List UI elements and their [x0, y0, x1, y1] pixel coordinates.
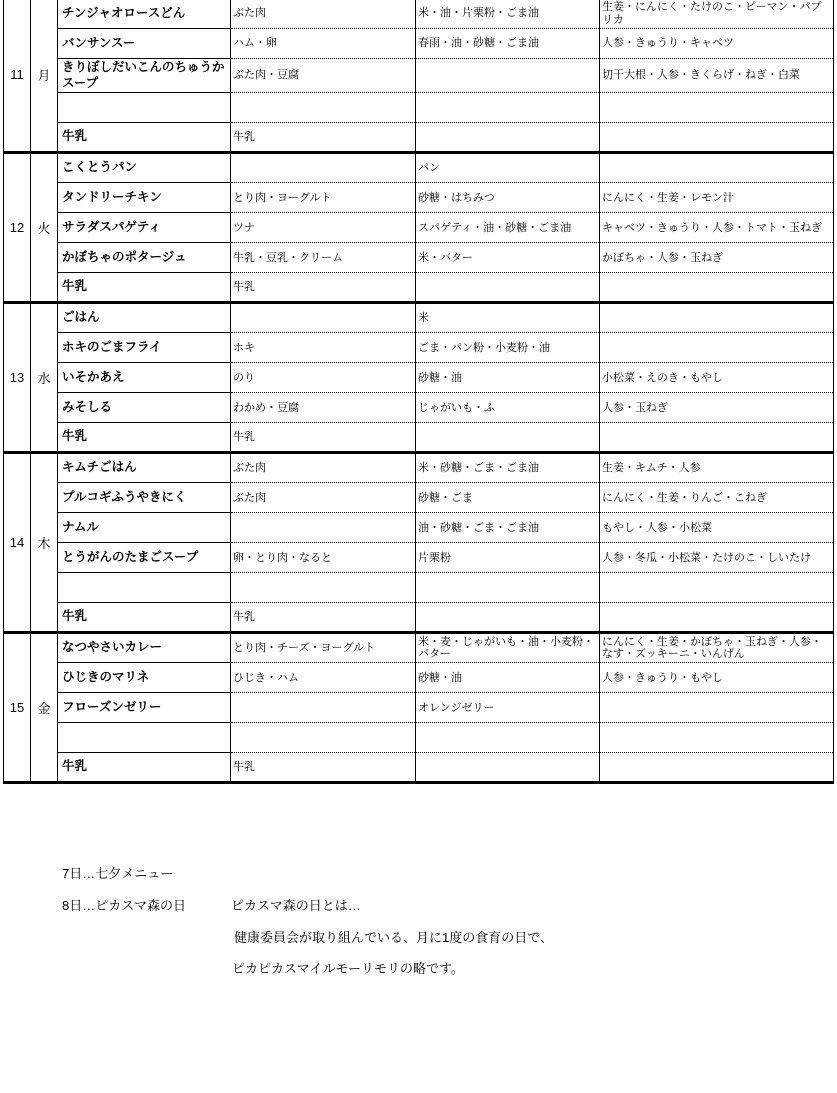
vegetable-ingredient-cell: 生姜・キムチ・人参: [600, 453, 834, 483]
energy-ingredient-cell: [416, 573, 600, 603]
energy-ingredient-cell: ごま・パン粉・小麦粉・油: [416, 333, 600, 363]
menu-row: 牛乳牛乳: [4, 123, 834, 153]
energy-ingredient-cell: [416, 273, 600, 303]
date-cell: 12: [4, 153, 31, 303]
vegetable-ingredient-cell: 人参・冬瓜・小松菜・たけのこ・しいたけ: [600, 543, 834, 573]
menu-row: フローズンゼリーオレンジゼリー: [4, 693, 834, 723]
main-ingredient-cell: 牛乳: [231, 603, 416, 633]
dish-name-cell: 牛乳: [58, 123, 231, 153]
menu-row: プルコギふうやきにくぶた肉砂糖・ごまにんにく・生姜・りんご・こねぎ: [4, 483, 834, 513]
energy-ingredient-cell: 春雨・油・砂糖・ごま油: [416, 29, 600, 59]
vegetable-ingredient-cell: 生姜・にんにく・たけのこ・ピーマン・パプリカ: [600, 0, 834, 29]
date-cell: 13: [4, 303, 31, 453]
menu-row: 牛乳牛乳: [4, 753, 834, 783]
main-ingredient-cell: [231, 723, 416, 753]
energy-ingredient-cell: 砂糖・ごま: [416, 483, 600, 513]
weekday-cell: 火: [31, 153, 58, 303]
vegetable-ingredient-cell: [600, 303, 834, 333]
main-ingredient-cell: ぶた肉: [231, 453, 416, 483]
vegetable-ingredient-cell: [600, 153, 834, 183]
energy-ingredient-cell: 米・バター: [416, 243, 600, 273]
lunch-menu-sheet: 11月チンジャオロースどんぶた肉米・油・片栗粉・ごま油生姜・にんにく・たけのこ・…: [0, 0, 837, 1093]
weekday-cell: 金: [31, 633, 58, 783]
main-ingredient-cell: ぶた肉・豆腐: [231, 59, 416, 93]
dish-name-cell: [58, 93, 231, 123]
dish-name-cell: 牛乳: [58, 753, 231, 783]
dish-name-cell: いそかあえ: [58, 363, 231, 393]
dish-name-cell: ひじきのマリネ: [58, 663, 231, 693]
menu-row: ホキのごまフライホキごま・パン粉・小麦粉・油: [4, 333, 834, 363]
menu-row: みそしるわかめ・豆腐じゃがいも・ふ人参・玉ねぎ: [4, 393, 834, 423]
vegetable-ingredient-cell: [600, 93, 834, 123]
main-ingredient-cell: 牛乳: [231, 123, 416, 153]
menu-row: ひじきのマリネひじき・ハム砂糖・油人参・きゅうり・もやし: [4, 663, 834, 693]
main-ingredient-cell: [231, 573, 416, 603]
note-pikasuma-desc2: ピカピカスマイルモーリモリの略です。: [232, 958, 464, 977]
main-ingredient-cell: [231, 303, 416, 333]
energy-ingredient-cell: 砂糖・はちみつ: [416, 183, 600, 213]
main-ingredient-cell: 牛乳: [231, 753, 416, 783]
note-pikasuma-desc2-text: ピカピカスマイルモーリモリの略です。: [232, 961, 464, 976]
energy-ingredient-cell: 米: [416, 303, 600, 333]
vegetable-ingredient-cell: [600, 333, 834, 363]
energy-ingredient-cell: [416, 603, 600, 633]
note-pikasuma-day: 8日…ピカスマ森の日ピカスマ森の日とは…: [62, 895, 361, 914]
menu-row: 13水ごはん米: [4, 303, 834, 333]
menu-row: [4, 723, 834, 753]
main-ingredient-cell: 卵・とり肉・なると: [231, 543, 416, 573]
main-ingredient-cell: とり肉・チーズ・ヨーグルト: [231, 633, 416, 663]
energy-ingredient-cell: じゃがいも・ふ: [416, 393, 600, 423]
energy-ingredient-cell: 油・砂糖・ごま・ごま油: [416, 513, 600, 543]
menu-row: サラダスパゲティツナスパゲティ・油・砂糖・ごま油キャベツ・きゅうり・人参・トマト…: [4, 213, 834, 243]
vegetable-ingredient-cell: にんにく・生姜・レモン汁: [600, 183, 834, 213]
main-ingredient-cell: 牛乳: [231, 273, 416, 303]
vegetable-ingredient-cell: [600, 693, 834, 723]
weekday-cell: 木: [31, 453, 58, 633]
dish-name-cell: バンサンスー: [58, 29, 231, 59]
date-cell: 11: [4, 0, 31, 153]
energy-ingredient-cell: パン: [416, 153, 600, 183]
vegetable-ingredient-cell: 人参・きゅうり・キャベツ: [600, 29, 834, 59]
menu-row: いそかあえのり砂糖・油小松菜・えのき・もやし: [4, 363, 834, 393]
dish-name-cell: フローズンゼリー: [58, 693, 231, 723]
date-cell: 15: [4, 633, 31, 783]
energy-ingredient-cell: 米・麦・じゃがいも・油・小麦粉・バター: [416, 633, 600, 663]
vegetable-ingredient-cell: かぼちゃ・人参・玉ねぎ: [600, 243, 834, 273]
dish-name-cell: 牛乳: [58, 423, 231, 453]
dish-name-cell: サラダスパゲティ: [58, 213, 231, 243]
energy-ingredient-cell: [416, 93, 600, 123]
vegetable-ingredient-cell: 人参・玉ねぎ: [600, 393, 834, 423]
menu-row: [4, 93, 834, 123]
menu-row: ナムル油・砂糖・ごま・ごま油もやし・人参・小松菜: [4, 513, 834, 543]
energy-ingredient-cell: [416, 753, 600, 783]
vegetable-ingredient-cell: [600, 723, 834, 753]
day-block-13: 13水ごはん米ホキのごまフライホキごま・パン粉・小麦粉・油いそかあえのり砂糖・油…: [4, 303, 834, 453]
dish-name-cell: [58, 723, 231, 753]
main-ingredient-cell: 牛乳: [231, 423, 416, 453]
main-ingredient-cell: ぶた肉: [231, 0, 416, 29]
dish-name-cell: みそしる: [58, 393, 231, 423]
menu-row: 11月チンジャオロースどんぶた肉米・油・片栗粉・ごま油生姜・にんにく・たけのこ・…: [4, 0, 834, 29]
menu-table: 11月チンジャオロースどんぶた肉米・油・片栗粉・ごま油生姜・にんにく・たけのこ・…: [3, 0, 834, 784]
energy-ingredient-cell: [416, 423, 600, 453]
main-ingredient-cell: のり: [231, 363, 416, 393]
dish-name-cell: かぼちゃのポタージュ: [58, 243, 231, 273]
weekday-cell: 水: [31, 303, 58, 453]
menu-row: 牛乳牛乳: [4, 273, 834, 303]
note-tanabata-text: 7日…七夕メニュー: [62, 866, 173, 881]
main-ingredient-cell: とり肉・ヨーグルト: [231, 183, 416, 213]
vegetable-ingredient-cell: もやし・人参・小松菜: [600, 513, 834, 543]
vegetable-ingredient-cell: [600, 603, 834, 633]
dish-name-cell: こくとうパン: [58, 153, 231, 183]
menu-row: 12火こくとうパンパン: [4, 153, 834, 183]
vegetable-ingredient-cell: 切干大根・人参・きくらげ・ねぎ・白菜: [600, 59, 834, 93]
menu-row: かぼちゃのポタージュ牛乳・豆乳・クリーム米・バターかぼちゃ・人参・玉ねぎ: [4, 243, 834, 273]
energy-ingredient-cell: 米・油・片栗粉・ごま油: [416, 0, 600, 29]
main-ingredient-cell: [231, 93, 416, 123]
main-ingredient-cell: [231, 513, 416, 543]
menu-row: バンサンスーハム・卵春雨・油・砂糖・ごま油人参・きゅうり・キャベツ: [4, 29, 834, 59]
menu-row: 15金なつやさいカレーとり肉・チーズ・ヨーグルト米・麦・じゃがいも・油・小麦粉・…: [4, 633, 834, 663]
note-pikasuma-day-text: 8日…ピカスマ森の日: [62, 895, 231, 914]
dish-name-cell: [58, 573, 231, 603]
energy-ingredient-cell: 砂糖・油: [416, 363, 600, 393]
menu-row: きりぼしだいこんのちゅうかスープぶた肉・豆腐切干大根・人参・きくらげ・ねぎ・白菜: [4, 59, 834, 93]
weekday-cell: 月: [31, 0, 58, 153]
dish-name-cell: ごはん: [58, 303, 231, 333]
energy-ingredient-cell: 片栗粉: [416, 543, 600, 573]
dish-name-cell: プルコギふうやきにく: [58, 483, 231, 513]
menu-row: 牛乳牛乳: [4, 423, 834, 453]
dish-name-cell: なつやさいカレー: [58, 633, 231, 663]
main-ingredient-cell: ホキ: [231, 333, 416, 363]
dish-name-cell: キムチごはん: [58, 453, 231, 483]
dish-name-cell: ホキのごまフライ: [58, 333, 231, 363]
vegetable-ingredient-cell: 小松菜・えのき・もやし: [600, 363, 834, 393]
energy-ingredient-cell: [416, 123, 600, 153]
vegetable-ingredient-cell: [600, 753, 834, 783]
day-block-12: 12火こくとうパンパンタンドリーチキンとり肉・ヨーグルト砂糖・はちみつにんにく・…: [4, 153, 834, 303]
vegetable-ingredient-cell: キャベツ・きゅうり・人参・トマト・玉ねぎ: [600, 213, 834, 243]
energy-ingredient-cell: 砂糖・油: [416, 663, 600, 693]
dish-name-cell: きりぼしだいこんのちゅうかスープ: [58, 59, 231, 93]
energy-ingredient-cell: オレンジゼリー: [416, 693, 600, 723]
menu-row: 牛乳牛乳: [4, 603, 834, 633]
note-pikasuma-title-text: ピカスマ森の日とは…: [231, 898, 361, 913]
vegetable-ingredient-cell: [600, 573, 834, 603]
main-ingredient-cell: ハム・卵: [231, 29, 416, 59]
main-ingredient-cell: ぶた肉: [231, 483, 416, 513]
dish-name-cell: タンドリーチキン: [58, 183, 231, 213]
menu-row: とうがんのたまごスープ卵・とり肉・なると片栗粉人参・冬瓜・小松菜・たけのこ・しい…: [4, 543, 834, 573]
vegetable-ingredient-cell: にんにく・生姜・りんご・こねぎ: [600, 483, 834, 513]
main-ingredient-cell: [231, 153, 416, 183]
note-pikasuma-desc1-text: 健康委員会が取り組んでいる、月に1度の食育の日で、: [234, 930, 553, 945]
energy-ingredient-cell: [416, 59, 600, 93]
menu-row: タンドリーチキンとり肉・ヨーグルト砂糖・はちみつにんにく・生姜・レモン汁: [4, 183, 834, 213]
energy-ingredient-cell: [416, 723, 600, 753]
menu-row: [4, 573, 834, 603]
note-pikasuma-desc1: 健康委員会が取り組んでいる、月に1度の食育の日で、: [234, 927, 553, 946]
dish-name-cell: ナムル: [58, 513, 231, 543]
dish-name-cell: とうがんのたまごスープ: [58, 543, 231, 573]
dish-name-cell: チンジャオロースどん: [58, 0, 231, 29]
dish-name-cell: 牛乳: [58, 273, 231, 303]
main-ingredient-cell: わかめ・豆腐: [231, 393, 416, 423]
vegetable-ingredient-cell: [600, 273, 834, 303]
main-ingredient-cell: ツナ: [231, 213, 416, 243]
menu-row: 14木キムチごはんぶた肉米・砂糖・ごま・ごま油生姜・キムチ・人参: [4, 453, 834, 483]
day-block-11: 11月チンジャオロースどんぶた肉米・油・片栗粉・ごま油生姜・にんにく・たけのこ・…: [4, 0, 834, 153]
vegetable-ingredient-cell: [600, 423, 834, 453]
vegetable-ingredient-cell: 人参・きゅうり・もやし: [600, 663, 834, 693]
day-block-14: 14木キムチごはんぶた肉米・砂糖・ごま・ごま油生姜・キムチ・人参プルコギふうやき…: [4, 453, 834, 633]
vegetable-ingredient-cell: にんにく・生姜・かぼちゃ・玉ねぎ・人参・なす・ズッキーニ・いんげん: [600, 633, 834, 663]
vegetable-ingredient-cell: [600, 123, 834, 153]
note-tanabata: 7日…七夕メニュー: [62, 863, 173, 882]
main-ingredient-cell: [231, 693, 416, 723]
day-block-15: 15金なつやさいカレーとり肉・チーズ・ヨーグルト米・麦・じゃがいも・油・小麦粉・…: [4, 633, 834, 783]
energy-ingredient-cell: スパゲティ・油・砂糖・ごま油: [416, 213, 600, 243]
main-ingredient-cell: ひじき・ハム: [231, 663, 416, 693]
main-ingredient-cell: 牛乳・豆乳・クリーム: [231, 243, 416, 273]
dish-name-cell: 牛乳: [58, 603, 231, 633]
date-cell: 14: [4, 453, 31, 633]
energy-ingredient-cell: 米・砂糖・ごま・ごま油: [416, 453, 600, 483]
